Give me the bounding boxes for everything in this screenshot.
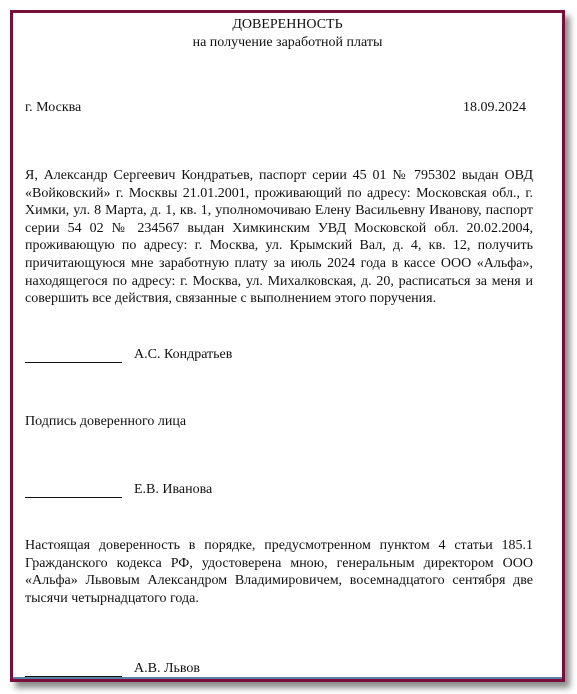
director-name: А.В. Львов (134, 660, 200, 677)
document-title: ДОВЕРЕННОСТЬ (13, 16, 562, 33)
date: 18.09.2024 (463, 99, 526, 116)
document-frame: ДОВЕРЕННОСТЬ на получение заработной пла… (10, 10, 565, 682)
principal-name: А.С. Кондратьев (134, 346, 232, 363)
signature-line (25, 662, 122, 677)
document-subtitle: на получение заработной платы (13, 34, 562, 51)
agent-name: Е.В. Иванова (134, 481, 212, 498)
certification-paragraph: Настоящая доверенность в порядке, предус… (25, 537, 533, 607)
body-paragraph: Я, Александр Сергеевич Кондратьев, паспо… (25, 167, 533, 308)
signature-line (25, 483, 122, 498)
city: г. Москва (25, 99, 81, 116)
principal-signature-block: А.С. Кондратьев (25, 346, 232, 363)
signature-line (25, 348, 122, 363)
agent-signature-block: Е.В. Иванова (25, 481, 212, 498)
place-date-row: г. Москва 18.09.2024 (25, 99, 526, 116)
agent-signature-label: Подпись доверенного лица (25, 413, 186, 430)
director-signature-block: А.В. Львов (25, 660, 200, 677)
